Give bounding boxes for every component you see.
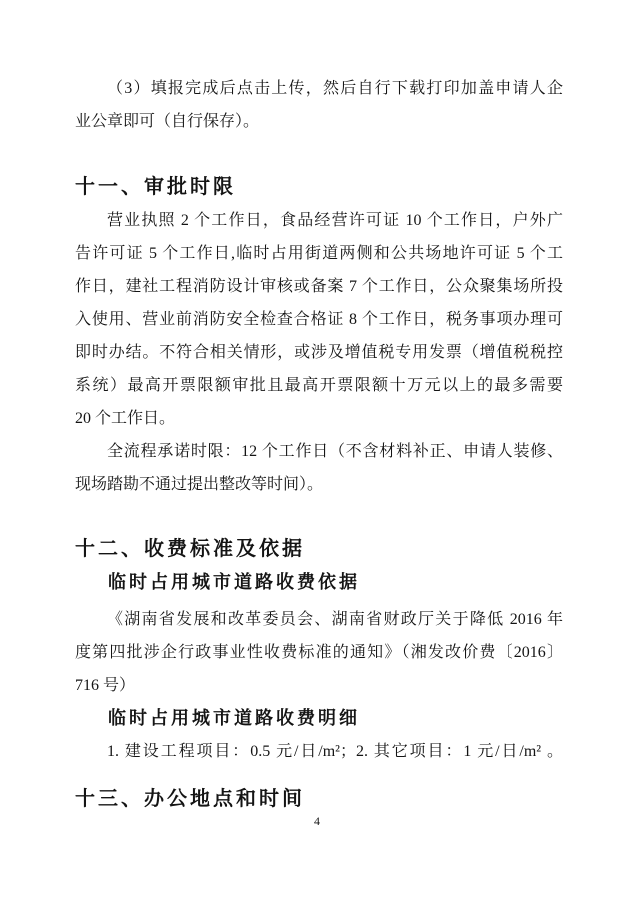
text-line: 716 号） [75,669,563,702]
text-line: 全流程承诺时限：12 个工作日（不含材料补正、申请人装修、 [75,435,563,468]
text-line: 度第四批涉企行政事业性收费标准的通知》（湘发改价费〔2016〕 [75,636,563,669]
subheading-road-occupation-fee-detail: 临时占用城市道路收费明细 [75,702,563,735]
paragraph-upload-instructions: （3）填报完成后点击上传，然后自行下载打印加盖申请人企 业公章即可（自行保存）。 [75,72,563,138]
text-line: 即时办结。不符合相关情形，或涉及增值税专用发票（增值税税控 [75,336,563,369]
text-line: 《湖南省发展和改革委员会、湖南省财政厅关于降低 2016 年 [75,603,563,636]
text-line: 业公章即可（自行保存）。 [75,105,563,138]
paragraph-time-limits: 营业执照 2 个工作日，食品经营许可证 10 个工作日，户外广 告许可证 5 个… [75,204,563,435]
section-heading-approval-time-limit: 十一、审批时限 [75,171,563,204]
paragraph-fee-detail: 1. 建设工程项目：0.5 元/日/m²；2. 其它项目：1 元/日/m² 。 [75,735,563,768]
document-content: （3）填报完成后点击上传，然后自行下载打印加盖申请人企 业公章即可（自行保存）。… [75,72,563,816]
text-line: 现场踏勘不通过提出整改等时间）。 [75,468,563,501]
section-heading-fee-standards: 十二、收费标准及依据 [75,533,563,566]
document-page: （3）填报完成后点击上传，然后自行下载打印加盖申请人企 业公章即可（自行保存）。… [0,0,634,898]
text-line: 告许可证 5 个工作日,临时占用街道两侧和公共场地许可证 5 个工 [75,237,563,270]
section-heading-office-location-time: 十三、办公地点和时间 [75,783,563,816]
text-line: 1. 建设工程项目：0.5 元/日/m²；2. 其它项目：1 元/日/m² 。 [75,735,563,768]
text-line: 系统）最高开票限额审批且最高开票限额十万元以上的最多需要 [75,369,563,402]
text-line: 作日，建社工程消防设计审核或备案 7 个工作日，公众聚集场所投 [75,270,563,303]
text-line: 营业执照 2 个工作日，食品经营许可证 10 个工作日，户外广 [75,204,563,237]
text-line: （3）填报完成后点击上传，然后自行下载打印加盖申请人企 [75,72,563,105]
text-line: 20 个工作日。 [75,402,563,435]
paragraph-promise-time-limit: 全流程承诺时限：12 个工作日（不含材料补正、申请人装修、 现场踏勘不通过提出整… [75,435,563,501]
paragraph-fee-basis: 《湖南省发展和改革委员会、湖南省财政厅关于降低 2016 年 度第四批涉企行政事… [75,603,563,702]
subheading-road-occupation-fee-basis: 临时占用城市道路收费依据 [75,566,563,599]
text-line: 入使用、营业前消防安全检查合格证 8 个工作日，税务事项办理可 [75,303,563,336]
page-number: 4 [0,814,634,828]
